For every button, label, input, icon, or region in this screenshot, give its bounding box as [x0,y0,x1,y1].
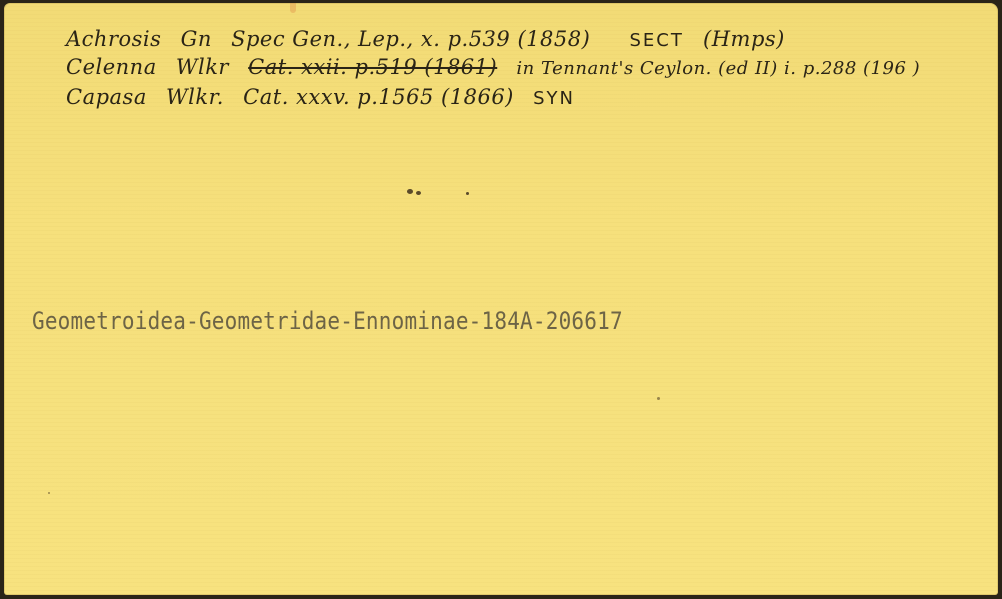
genus-name: Capasa [66,85,147,109]
ink-spot [407,189,413,194]
author: Wlkr [176,55,229,79]
ink-stain [290,3,296,13]
ink-spot [416,191,421,195]
ink-spot [48,492,50,494]
status: SECT [629,30,683,51]
note: (Hmps) [703,27,785,51]
status: SYN [533,88,575,109]
author: Wlkr. [166,85,224,109]
index-card: Achrosis Gn Spec Gen., Lep., x. p.539 (1… [4,3,998,595]
ink-spot [657,397,660,400]
reference: in Tennant's Ceylon. (ed II) i. p.288 (1… [516,58,920,79]
genus-name: Celenna [66,55,157,79]
handwritten-line-3: Capasa Wlkr. Cat. xxxv. p.1565 (1866) SY… [66,85,587,109]
struck-reference: Cat. xxii. p.519 (1861) [248,55,497,79]
reference: Cat. xxxv. p.1565 (1866) [243,85,514,109]
reference: Spec Gen., Lep., x. p.539 (1858) [231,27,590,51]
author: Gn [181,27,212,51]
genus-name: Achrosis [66,27,161,51]
handwritten-line-1: Achrosis Gn Spec Gen., Lep., x. p.539 (1… [66,27,797,51]
ink-spot [466,192,469,195]
handwritten-line-2: Celenna Wlkr Cat. xxii. p.519 (1861) in … [66,55,932,79]
taxonomy-label: Geometroidea-Geometridae-Ennominae-184A-… [32,307,623,335]
